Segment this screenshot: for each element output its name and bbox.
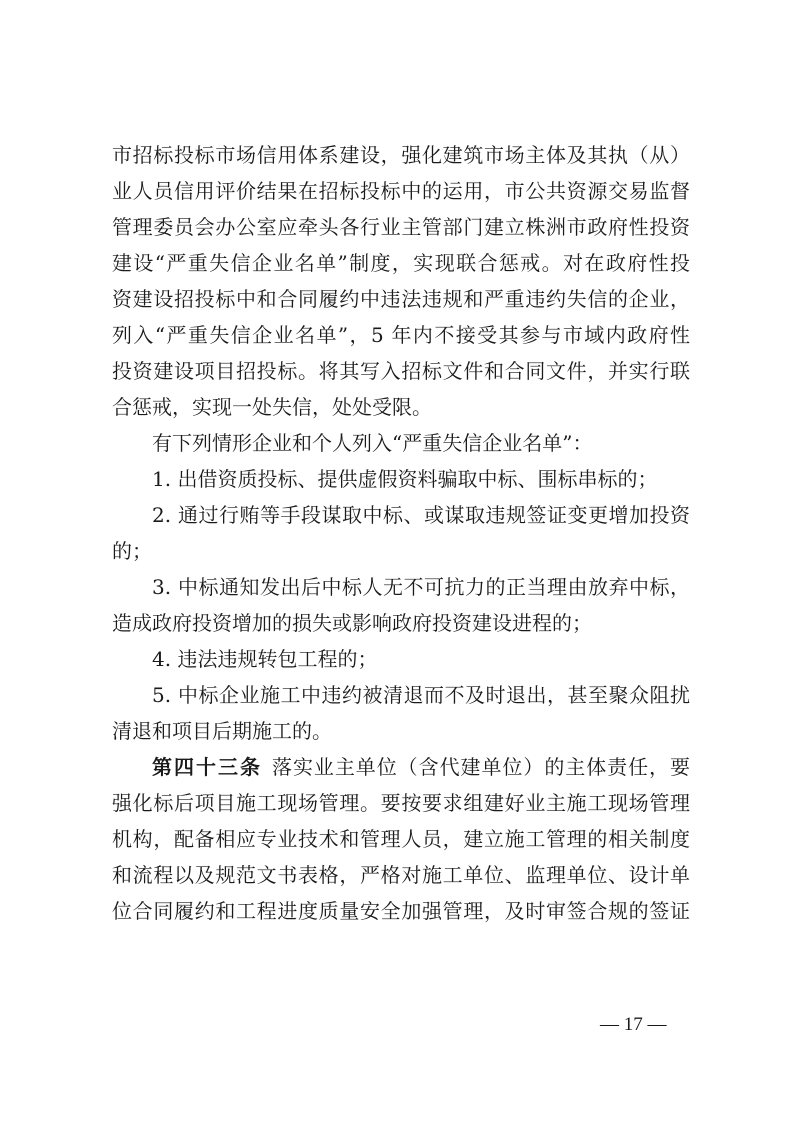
text-line: 业人员信用评价结果在招标投标中的运用，市公共资源交易监督 <box>112 176 690 206</box>
text-line: 建设“严重失信企业名单”制度，实现联合惩戒。对在政府性投 <box>112 248 690 278</box>
list-intro: 有下列情形企业和个人列入“严重失信企业名单”： <box>152 428 690 458</box>
list-item-3: 3. 中标通知发出后中标人无不可抗力的正当理由放弃中标， <box>152 572 690 602</box>
text-line: 位合同履约和工程进度质量安全加强管理，及时审签合规的签证 <box>112 896 690 926</box>
text-line: 列入“严重失信企业名单”，5 年内不接受其参与市域内政府性 <box>112 320 690 350</box>
article-text: 落实业主单位（含代建单位）的主体责任，要 <box>272 752 690 782</box>
text-line: 合惩戒，实现一处失信，处处受限。 <box>112 392 690 422</box>
text-line: 强化标后项目施工现场管理。要按要求组建好业主施工现场管理 <box>112 788 690 818</box>
text-line: 市招标投标市场信用体系建设，强化建筑市场主体及其执（从） <box>112 140 690 170</box>
document-page: 市招标投标市场信用体系建设，强化建筑市场主体及其执（从） 业人员信用评价结果在招… <box>0 0 793 1122</box>
text-line: 资建设招投标中和合同履约中违法违规和严重违约失信的企业， <box>112 284 690 314</box>
text-line: 投资建设项目招投标。将其写入招标文件和合同文件，并实行联 <box>112 356 690 386</box>
list-item-5: 5. 中标企业施工中违约被清退而不及时退出，甚至聚众阻扰 <box>152 680 690 710</box>
text-line: 和流程以及规范文书表格，严格对施工单位、监理单位、设计单 <box>112 860 690 890</box>
text-line: 管理委员会办公室应牵头各行业主管部门建立株洲市政府性投资 <box>112 212 690 242</box>
list-item-2-cont: 的； <box>112 536 690 566</box>
list-item-1: 1. 出借资质投标、提供虚假资料骗取中标、围标串标的； <box>152 464 690 494</box>
list-item-3-cont: 造成政府投资增加的损失或影响政府投资建设进程的； <box>112 608 690 638</box>
text-line: 机构，配备相应专业技术和管理人员，建立施工管理的相关制度 <box>112 824 690 854</box>
article-43-first-line: 第四十三条 落实业主单位（含代建单位）的主体责任，要 <box>152 752 690 782</box>
list-item-2: 2. 通过行贿等手段谋取中标、或谋取违规签证变更增加投资 <box>152 500 690 530</box>
article-heading: 第四十三条 <box>152 752 262 782</box>
list-item-4: 4. 违法违规转包工程的； <box>152 644 690 674</box>
page-number: — 17 — <box>600 1014 667 1036</box>
list-item-5-cont: 清退和项目后期施工的。 <box>112 716 690 746</box>
